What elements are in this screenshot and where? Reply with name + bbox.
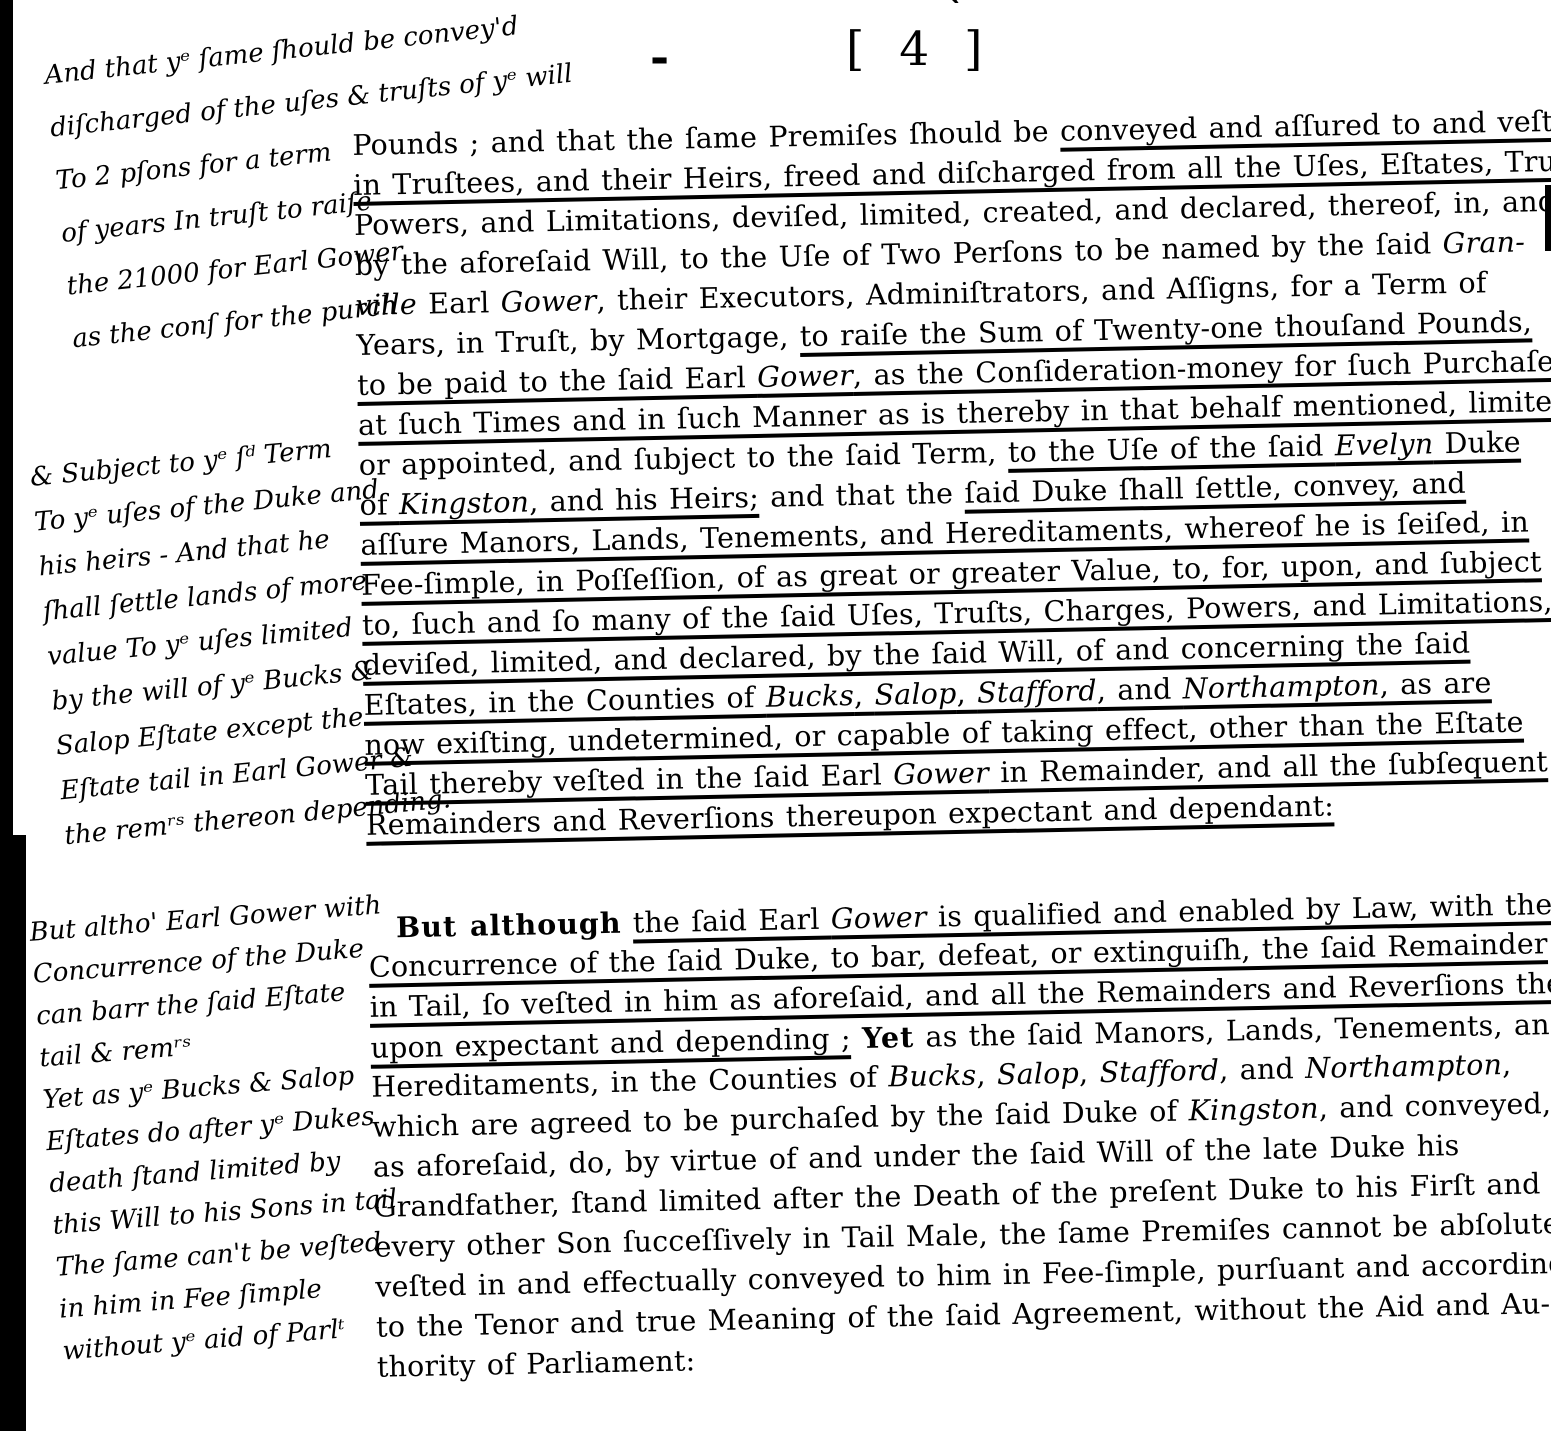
text-run: upon expectant and depending ; — [370, 1022, 851, 1065]
text-run: Gran- — [1442, 225, 1525, 260]
text-run: , and conveyed, — [1318, 1087, 1551, 1125]
printed-paragraph-1: Pounds ; and that the ſame Premiſes ſhou… — [352, 102, 1551, 846]
text-run: , as are — [1379, 666, 1492, 701]
text-run: to the Uſe of the ſaid — [1008, 429, 1336, 469]
text-run: of — [359, 488, 399, 522]
text-run: , and — [1219, 1052, 1306, 1087]
text-run: the ſaid Earl — [632, 903, 831, 940]
text-run: Eſtates, in the Counties of — [363, 681, 766, 722]
text-run: , — [976, 1058, 997, 1091]
handwritten-annotation-middle: & Subject to yᵉ ſᵈ TermTo yᵉ uſes of the… — [28, 423, 405, 859]
printed-paragraph-2: But although the ſaid Earl Gower is qual… — [368, 884, 1551, 1388]
text-run — [850, 1022, 862, 1055]
text-run: Duke — [1433, 426, 1521, 461]
text-run: Stafford — [1099, 1054, 1219, 1089]
scan-edge-artifact-left-wide — [0, 835, 26, 1431]
text-run: , and his Heirs; — [529, 481, 759, 519]
handwritten-annotation-bottom: But altho' Earl Gower withConcurrence of… — [28, 885, 413, 1373]
text-run: Gower — [831, 901, 927, 936]
text-run: , — [854, 679, 875, 712]
text-run: Earl — [417, 286, 502, 321]
scanned-document-page: { "page": { "number_display": "[ 4 ]", "… — [0, 0, 1551, 1431]
text-run: Bucks — [766, 679, 855, 714]
text-run: , — [956, 677, 977, 710]
text-run: and that the — [759, 477, 965, 514]
text-run — [621, 907, 633, 940]
text-run: Evelyn — [1334, 427, 1433, 462]
text-run: Salop — [874, 677, 957, 712]
printed-text-column: Pounds ; and that the ſame Premiſes ſhou… — [352, 102, 1551, 1388]
text-run: Kingston — [399, 486, 530, 522]
text-run: , — [1502, 1048, 1512, 1081]
text-run: , and — [1096, 672, 1183, 707]
text-run: in Remainder, and all the ſubſequent — [989, 745, 1549, 789]
text-run: Hereditaments, in the Counties of — [371, 1060, 889, 1103]
text-run: Northampton — [1305, 1048, 1503, 1085]
text-run: Gower — [893, 756, 989, 791]
text-run: ſaid Duke ſhall ſettle, convey, and — [964, 467, 1466, 510]
text-run: Gower — [500, 284, 596, 319]
blackletter-word: But although — [396, 906, 622, 945]
text-run: Tail thereby veſted in the ſaid Earl — [365, 758, 894, 802]
text-run: Salop — [997, 1057, 1080, 1092]
text-run: Northampton — [1182, 668, 1380, 705]
text-run: conveyed and aſſured to and veſted — [1060, 104, 1551, 148]
text-run: thority of Parliament: — [377, 1344, 696, 1383]
page-number: [ 4 ] — [846, 22, 992, 77]
ink-mark-dash: - — [650, 30, 669, 84]
blackletter-word: Yet — [862, 1020, 915, 1055]
text-run: ville — [355, 288, 417, 322]
text-run: to be paid to the ſaid Earl — [357, 361, 758, 402]
text-run: Stafford — [977, 674, 1097, 709]
text-run: Gower — [757, 359, 853, 394]
text-run: , — [1079, 1056, 1100, 1089]
text-run: Kingston — [1188, 1092, 1319, 1128]
text-run: Years, in Truſt, by Mortgage, — [356, 320, 800, 362]
text-run: Bucks — [888, 1059, 977, 1094]
